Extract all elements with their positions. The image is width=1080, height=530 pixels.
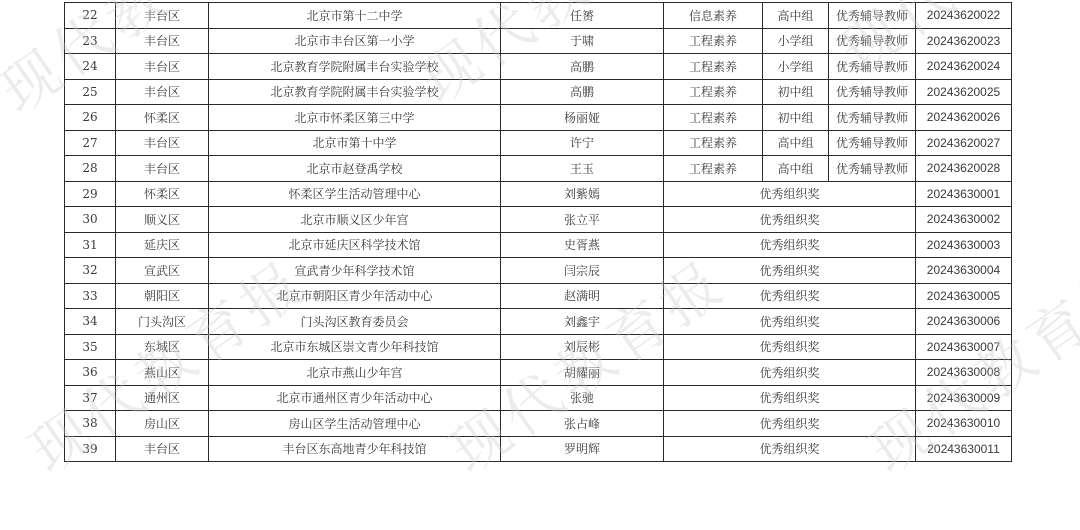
row-number: 32 bbox=[65, 258, 116, 284]
category-cell: 工程素养 bbox=[664, 156, 763, 182]
district-cell: 丰台区 bbox=[116, 436, 209, 462]
row-number: 31 bbox=[65, 232, 116, 258]
award-cell: 优秀组织奖 bbox=[664, 258, 916, 284]
organization-cell: 北京市延庆区科学技术馆 bbox=[209, 232, 501, 258]
certificate-code-cell: 20243630003 bbox=[916, 232, 1012, 258]
category-cell: 工程素养 bbox=[664, 130, 763, 156]
organization-cell: 北京市第十二中学 bbox=[209, 3, 501, 29]
row-number: 38 bbox=[65, 411, 116, 437]
name-cell: 刘辰彬 bbox=[501, 334, 664, 360]
certificate-code-cell: 20243620027 bbox=[916, 130, 1012, 156]
award-cell: 优秀组织奖 bbox=[664, 411, 916, 437]
row-number: 36 bbox=[65, 360, 116, 386]
district-cell: 东城区 bbox=[116, 334, 209, 360]
name-cell: 张占峰 bbox=[501, 411, 664, 437]
organization-cell: 北京市通州区青少年活动中心 bbox=[209, 385, 501, 411]
name-cell: 任赟 bbox=[501, 3, 664, 29]
table-row: 32 宣武区 宣武青少年科学技术馆 闫宗辰 优秀组织奖 20243630004 bbox=[65, 258, 1012, 284]
table-row: 27 丰台区 北京市第十中学 许宁 工程素养 高中组 优秀辅导教师 202436… bbox=[65, 130, 1012, 156]
row-number: 37 bbox=[65, 385, 116, 411]
name-cell: 高鹏 bbox=[501, 54, 664, 80]
name-cell: 刘鑫宇 bbox=[501, 309, 664, 335]
name-cell: 于啸 bbox=[501, 28, 664, 54]
organization-cell: 北京市怀柔区第三中学 bbox=[209, 105, 501, 131]
organization-cell: 北京市赵登禹学校 bbox=[209, 156, 501, 182]
award-cell: 优秀组织奖 bbox=[664, 334, 916, 360]
table-row: 39 丰台区 丰台区东高地青少年科技馆 罗明辉 优秀组织奖 2024363001… bbox=[65, 436, 1012, 462]
name-cell: 王玉 bbox=[501, 156, 664, 182]
name-cell: 张立平 bbox=[501, 207, 664, 233]
table-row: 35 东城区 北京市东城区崇文青少年科技馆 刘辰彬 优秀组织奖 20243630… bbox=[65, 334, 1012, 360]
award-cell: 优秀辅导教师 bbox=[829, 3, 916, 29]
certificate-code-cell: 20243630011 bbox=[916, 436, 1012, 462]
table-row: 22 丰台区 北京市第十二中学 任赟 信息素养 高中组 优秀辅导教师 20243… bbox=[65, 3, 1012, 29]
table-row: 36 燕山区 北京市燕山少年宫 胡耀丽 优秀组织奖 20243630008 bbox=[65, 360, 1012, 386]
certificate-code-cell: 20243630002 bbox=[916, 207, 1012, 233]
row-number: 34 bbox=[65, 309, 116, 335]
certificate-code-cell: 20243630006 bbox=[916, 309, 1012, 335]
organization-cell: 门头沟区教育委员会 bbox=[209, 309, 501, 335]
award-cell: 优秀组织奖 bbox=[664, 309, 916, 335]
award-cell: 优秀辅导教师 bbox=[829, 156, 916, 182]
group-cell: 高中组 bbox=[763, 3, 829, 29]
name-cell: 史胥燕 bbox=[501, 232, 664, 258]
organization-cell: 北京市顺义区少年宫 bbox=[209, 207, 501, 233]
award-cell: 优秀组织奖 bbox=[664, 360, 916, 386]
certificate-code-cell: 20243620023 bbox=[916, 28, 1012, 54]
group-cell: 初中组 bbox=[763, 105, 829, 131]
organization-cell: 北京市东城区崇文青少年科技馆 bbox=[209, 334, 501, 360]
district-cell: 丰台区 bbox=[116, 79, 209, 105]
district-cell: 丰台区 bbox=[116, 156, 209, 182]
table-row: 33 朝阳区 北京市朝阳区青少年活动中心 赵满明 优秀组织奖 202436300… bbox=[65, 283, 1012, 309]
award-cell: 优秀组织奖 bbox=[664, 181, 916, 207]
award-cell: 优秀组织奖 bbox=[664, 436, 916, 462]
organization-cell: 北京教育学院附属丰台实验学校 bbox=[209, 79, 501, 105]
organization-cell: 北京市第十中学 bbox=[209, 130, 501, 156]
name-cell: 高鹏 bbox=[501, 79, 664, 105]
group-cell: 小学组 bbox=[763, 28, 829, 54]
district-cell: 通州区 bbox=[116, 385, 209, 411]
category-cell: 信息素养 bbox=[664, 3, 763, 29]
certificate-code-cell: 20243630001 bbox=[916, 181, 1012, 207]
district-cell: 丰台区 bbox=[116, 130, 209, 156]
organization-cell: 房山区学生活动管理中心 bbox=[209, 411, 501, 437]
award-cell: 优秀组织奖 bbox=[664, 207, 916, 233]
group-cell: 初中组 bbox=[763, 79, 829, 105]
district-cell: 怀柔区 bbox=[116, 105, 209, 131]
award-cell: 优秀辅导教师 bbox=[829, 28, 916, 54]
district-cell: 丰台区 bbox=[116, 28, 209, 54]
district-cell: 宣武区 bbox=[116, 258, 209, 284]
row-number: 29 bbox=[65, 181, 116, 207]
row-number: 28 bbox=[65, 156, 116, 182]
certificate-code-cell: 20243620028 bbox=[916, 156, 1012, 182]
table-row: 28 丰台区 北京市赵登禹学校 王玉 工程素养 高中组 优秀辅导教师 20243… bbox=[65, 156, 1012, 182]
group-cell: 小学组 bbox=[763, 54, 829, 80]
name-cell: 张驰 bbox=[501, 385, 664, 411]
award-cell: 优秀组织奖 bbox=[664, 385, 916, 411]
award-cell: 优秀辅导教师 bbox=[829, 130, 916, 156]
organization-cell: 北京市朝阳区青少年活动中心 bbox=[209, 283, 501, 309]
name-cell: 杨丽娅 bbox=[501, 105, 664, 131]
district-cell: 房山区 bbox=[116, 411, 209, 437]
document-page: 22 丰台区 北京市第十二中学 任赟 信息素养 高中组 优秀辅导教师 20243… bbox=[0, 0, 1080, 530]
award-list-table: 22 丰台区 北京市第十二中学 任赟 信息素养 高中组 优秀辅导教师 20243… bbox=[64, 2, 1012, 462]
row-number: 35 bbox=[65, 334, 116, 360]
organization-cell: 北京市燕山少年宫 bbox=[209, 360, 501, 386]
group-cell: 高中组 bbox=[763, 156, 829, 182]
name-cell: 胡耀丽 bbox=[501, 360, 664, 386]
award-cell: 优秀辅导教师 bbox=[829, 105, 916, 131]
certificate-code-cell: 20243630004 bbox=[916, 258, 1012, 284]
district-cell: 丰台区 bbox=[116, 54, 209, 80]
table-body: 22 丰台区 北京市第十二中学 任赟 信息素养 高中组 优秀辅导教师 20243… bbox=[65, 3, 1012, 462]
category-cell: 工程素养 bbox=[664, 54, 763, 80]
certificate-code-cell: 20243620025 bbox=[916, 79, 1012, 105]
category-cell: 工程素养 bbox=[664, 105, 763, 131]
certificate-code-cell: 20243620024 bbox=[916, 54, 1012, 80]
table-row: 23 丰台区 北京市丰台区第一小学 于啸 工程素养 小学组 优秀辅导教师 202… bbox=[65, 28, 1012, 54]
row-number: 23 bbox=[65, 28, 116, 54]
name-cell: 赵满明 bbox=[501, 283, 664, 309]
award-cell: 优秀组织奖 bbox=[664, 283, 916, 309]
organization-cell: 北京市丰台区第一小学 bbox=[209, 28, 501, 54]
row-number: 25 bbox=[65, 79, 116, 105]
row-number: 33 bbox=[65, 283, 116, 309]
certificate-code-cell: 20243630005 bbox=[916, 283, 1012, 309]
row-number: 22 bbox=[65, 3, 116, 29]
certificate-code-cell: 20243630007 bbox=[916, 334, 1012, 360]
certificate-code-cell: 20243620022 bbox=[916, 3, 1012, 29]
table-row: 37 通州区 北京市通州区青少年活动中心 张驰 优秀组织奖 2024363000… bbox=[65, 385, 1012, 411]
organization-cell: 宣武青少年科学技术馆 bbox=[209, 258, 501, 284]
table-row: 24 丰台区 北京教育学院附属丰台实验学校 高鹏 工程素养 小学组 优秀辅导教师… bbox=[65, 54, 1012, 80]
organization-cell: 北京教育学院附属丰台实验学校 bbox=[209, 54, 501, 80]
row-number: 30 bbox=[65, 207, 116, 233]
category-cell: 工程素养 bbox=[664, 28, 763, 54]
name-cell: 罗明辉 bbox=[501, 436, 664, 462]
district-cell: 延庆区 bbox=[116, 232, 209, 258]
certificate-code-cell: 20243630009 bbox=[916, 385, 1012, 411]
district-cell: 顺义区 bbox=[116, 207, 209, 233]
award-cell: 优秀辅导教师 bbox=[829, 54, 916, 80]
award-cell: 优秀组织奖 bbox=[664, 232, 916, 258]
district-cell: 丰台区 bbox=[116, 3, 209, 29]
name-cell: 闫宗辰 bbox=[501, 258, 664, 284]
organization-cell: 丰台区东高地青少年科技馆 bbox=[209, 436, 501, 462]
table-row: 30 顺义区 北京市顺义区少年宫 张立平 优秀组织奖 20243630002 bbox=[65, 207, 1012, 233]
name-cell: 刘紫嫣 bbox=[501, 181, 664, 207]
certificate-code-cell: 20243620026 bbox=[916, 105, 1012, 131]
name-cell: 许宁 bbox=[501, 130, 664, 156]
row-number: 27 bbox=[65, 130, 116, 156]
district-cell: 门头沟区 bbox=[116, 309, 209, 335]
row-number: 24 bbox=[65, 54, 116, 80]
table-row: 38 房山区 房山区学生活动管理中心 张占峰 优秀组织奖 20243630010 bbox=[65, 411, 1012, 437]
table-row: 25 丰台区 北京教育学院附属丰台实验学校 高鹏 工程素养 初中组 优秀辅导教师… bbox=[65, 79, 1012, 105]
certificate-code-cell: 20243630010 bbox=[916, 411, 1012, 437]
certificate-code-cell: 20243630008 bbox=[916, 360, 1012, 386]
group-cell: 高中组 bbox=[763, 130, 829, 156]
table-row: 26 怀柔区 北京市怀柔区第三中学 杨丽娅 工程素养 初中组 优秀辅导教师 20… bbox=[65, 105, 1012, 131]
row-number: 26 bbox=[65, 105, 116, 131]
award-cell: 优秀辅导教师 bbox=[829, 79, 916, 105]
district-cell: 燕山区 bbox=[116, 360, 209, 386]
table-row: 31 延庆区 北京市延庆区科学技术馆 史胥燕 优秀组织奖 20243630003 bbox=[65, 232, 1012, 258]
district-cell: 怀柔区 bbox=[116, 181, 209, 207]
district-cell: 朝阳区 bbox=[116, 283, 209, 309]
organization-cell: 怀柔区学生活动管理中心 bbox=[209, 181, 501, 207]
table-row: 29 怀柔区 怀柔区学生活动管理中心 刘紫嫣 优秀组织奖 20243630001 bbox=[65, 181, 1012, 207]
row-number: 39 bbox=[65, 436, 116, 462]
table-row: 34 门头沟区 门头沟区教育委员会 刘鑫宇 优秀组织奖 20243630006 bbox=[65, 309, 1012, 335]
category-cell: 工程素养 bbox=[664, 79, 763, 105]
